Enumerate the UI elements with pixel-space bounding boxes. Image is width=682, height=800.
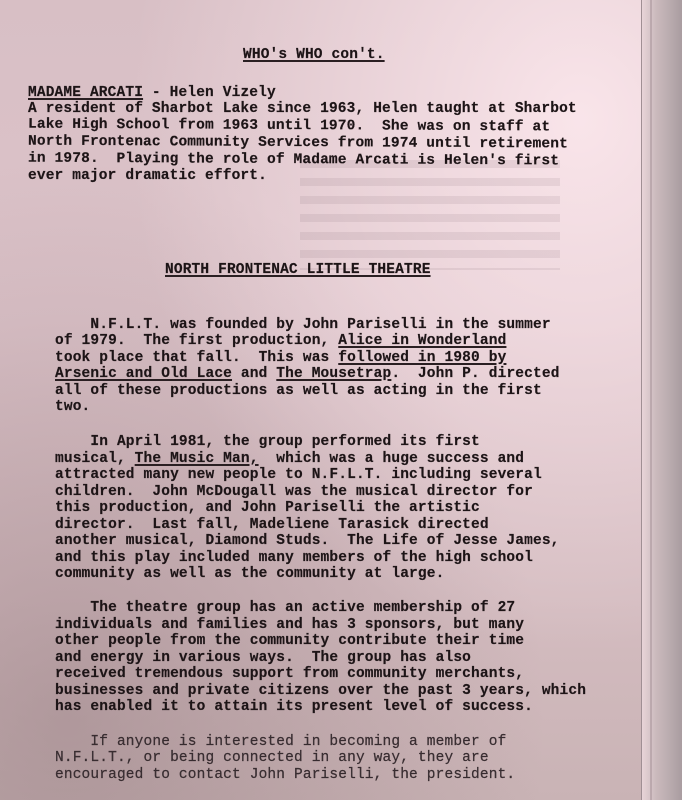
bio-line: in 1978. Playing the role of Madame Arca…	[28, 151, 559, 170]
title-arsenic-and-old-lace: Arsenic and Old Lace	[55, 366, 232, 382]
paragraph-line: two.	[55, 399, 90, 415]
paragraph-line: Arsenic and Old Lace and The Mousetrap. …	[55, 366, 560, 382]
paragraph-line: attracted many new people to N.F.L.T. in…	[55, 467, 542, 483]
paragraph-line: In April 1981, the group performed its f…	[55, 434, 480, 450]
paragraph-line: other people from the community contribu…	[55, 633, 524, 649]
paragraph-line: of 1979. The first production, Alice in …	[55, 333, 506, 349]
paragraph-line: The theatre group has an active membersh…	[55, 600, 515, 616]
paragraph-line: N.F.L.T. was founded by John Pariselli i…	[55, 317, 551, 333]
document-page: WHO's WHO con't. MADAME ARCATI - Helen V…	[0, 0, 640, 800]
title-the-music-man: The Music Man,	[135, 451, 259, 467]
paragraph-line: If anyone is interested in becoming a me…	[55, 734, 506, 750]
paragraph-line: director. Last fall, Madeliene Tarasick …	[55, 517, 489, 533]
bio-line: Lake High School from 1963 until 1970. S…	[28, 117, 550, 136]
paragraph-line: community as well as the community at la…	[55, 566, 444, 582]
underlined-phrase: followed in 1980 by	[338, 350, 506, 366]
section-heading: NORTH FRONTENAC LITTLE THEATRE	[165, 262, 431, 278]
paragraph-line: received tremendous support from communi…	[55, 666, 524, 682]
bio-line: ever major dramatic effort.	[28, 168, 267, 184]
role-separator: -	[143, 85, 170, 101]
page-edge-strip	[641, 0, 682, 800]
title-alice-in-wonderland: Alice in Wonderland	[338, 333, 506, 349]
paragraph-line: musical, The Music Man, which was a huge…	[55, 451, 524, 467]
paragraph-line: and this play included many members of t…	[55, 550, 533, 566]
paragraph-line: encouraged to contact John Pariselli, th…	[55, 767, 515, 783]
paragraph-line: has enabled it to attain its present lev…	[55, 699, 533, 715]
paragraph-line: all of these productions as well as acti…	[55, 383, 542, 399]
role-name: MADAME ARCATI	[28, 85, 143, 101]
cast-entry-heading: MADAME ARCATI - Helen Vizely	[28, 85, 276, 101]
paragraph-line: and energy in various ways. The group ha…	[55, 650, 471, 666]
page-title: WHO's WHO con't.	[243, 47, 385, 63]
paragraph-line: N.F.L.T., or being connected in any way,…	[55, 750, 489, 766]
paragraph-line: another musical, Diamond Studs. The Life…	[55, 533, 560, 549]
paragraph-line: this production, and John Pariselli the …	[55, 500, 480, 516]
paragraph-line: took place that fall. This was followed …	[55, 350, 506, 366]
paragraph-line: businesses and private citizens over the…	[55, 683, 586, 699]
paragraph-line: children. John McDougall was the musical…	[55, 484, 533, 500]
bio-line: A resident of Sharbot Lake since 1963, H…	[28, 101, 577, 117]
paragraph-line: individuals and families and has 3 spons…	[55, 617, 524, 633]
bio-line: North Frontenac Community Services from …	[28, 134, 568, 153]
bleed-through-texture	[300, 160, 560, 270]
title-the-mousetrap: The Mousetrap	[276, 366, 391, 382]
actor-name: Helen Vizely	[170, 85, 276, 101]
